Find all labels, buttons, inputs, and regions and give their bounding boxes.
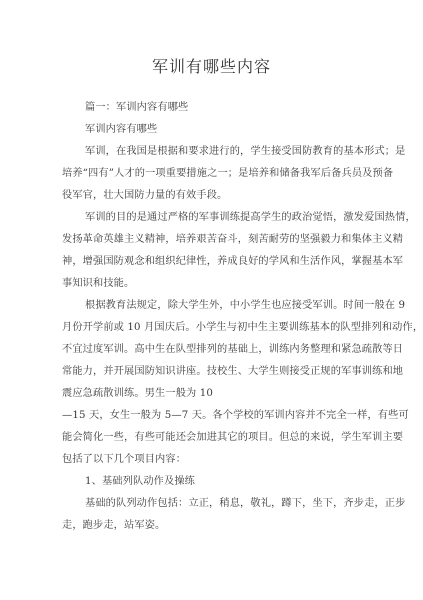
paragraph-line: 军训的目的是通过严格的军事训练提高学生的政治觉悟，激发爱国热情， xyxy=(62,207,362,229)
paragraph-line: 役军官，壮大国防力量的有效手段。 xyxy=(62,185,362,207)
paragraph-line: —15 天，女生一般为 5—7 天。各个学校的军训内容并不完全一样，有些可 xyxy=(62,405,362,427)
paragraph-line: 不宜过度军训。高中生在队型排列的基础上，训练内务整理和紧急疏散等日 xyxy=(62,339,362,361)
document-page: 军训有哪些内容 篇一：军训内容有哪些 军训内容有哪些 军训，在我国是根据和要求进… xyxy=(0,0,423,600)
paragraph-intro: 军训，在我国是根据和要求进行的，学生接受国防教育的基本形式；是 培养“四有”人才… xyxy=(62,141,362,207)
paragraph-line: 震应急疏散训练。男生一般为 10 xyxy=(62,383,362,405)
item-heading: 1、基础列队动作及操练 xyxy=(62,471,362,493)
paragraph-line: 能会简化一些，有些可能还会加进其它的项目。但总的来说，学生军训主要 xyxy=(62,427,362,449)
document-body: 篇一：军训内容有哪些 军训内容有哪些 军训，在我国是根据和要求进行的，学生接受国… xyxy=(62,97,362,537)
document-title: 军训有哪些内容 xyxy=(0,54,423,77)
paragraph-line: 军训，在我国是根据和要求进行的，学生接受国防教育的基本形式；是 xyxy=(62,141,362,163)
paragraph-purpose: 军训的目的是通过严格的军事训练提高学生的政治觉悟，激发爱国热情， 发扬革命英雄主… xyxy=(62,207,362,295)
paragraph-line: 基础的队列动作包括：立正，稍息，敬礼，蹲下，坐下，齐步走，正步 xyxy=(62,493,362,515)
paragraph-line: 神，增强国防观念和组织纪律性，养成良好的学风和生活作风，掌握基本军 xyxy=(62,251,362,273)
paragraph-line: 发扬革命英雄主义精神，培养艰苦奋斗，刻苦耐劳的坚强毅力和集体主义精 xyxy=(62,229,362,251)
paragraph-line: 根据教育法规定，除大学生外，中小学生也应接受军训。时间一般在 9 xyxy=(62,295,362,317)
paragraph-line: 走，跑步走，站军姿。 xyxy=(62,515,362,537)
item-heading-1: 1、基础列队动作及操练 xyxy=(62,471,362,493)
paragraph-drill: 基础的队列动作包括：立正，稍息，敬礼，蹲下，坐下，齐步走，正步 走，跑步走，站军… xyxy=(62,493,362,537)
section-heading: 篇一：军训内容有哪些 xyxy=(62,97,362,119)
paragraph-regulation: 根据教育法规定，除大学生外，中小学生也应接受军训。时间一般在 9 月份开学前或 … xyxy=(62,295,362,471)
paragraph-line: 月份开学前或 10 月国庆后。小学生与初中生主要训练基本的队型排列和动作， xyxy=(62,317,362,339)
paragraph-line: 包括了以下几个项目内容： xyxy=(62,449,362,471)
paragraph-line: 培养“四有”人才的一项重要措施之一；是培养和储备我军后备兵员及预备 xyxy=(62,163,362,185)
paragraph-line: 常能力，并开展国防知识讲座。技校生、大学生则接受正规的军事训练和地 xyxy=(62,361,362,383)
paragraph-line: 事知识和技能。 xyxy=(62,273,362,295)
subheading: 军训内容有哪些 xyxy=(62,119,362,141)
